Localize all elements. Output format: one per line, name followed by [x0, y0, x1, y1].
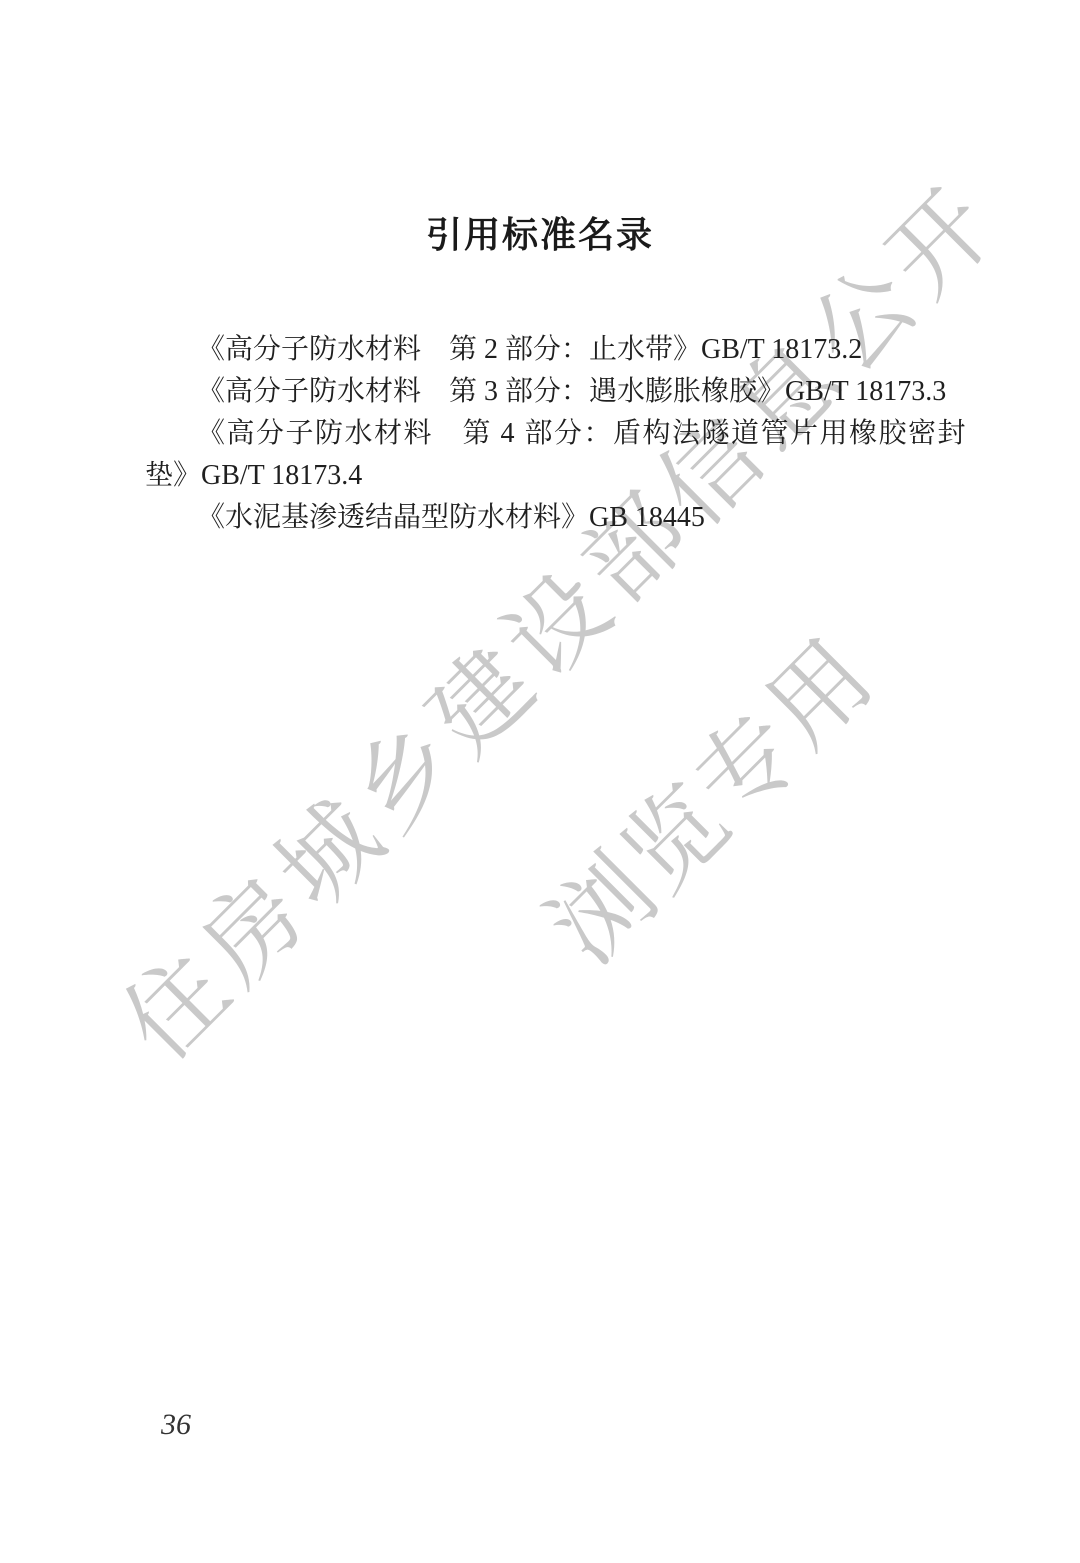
page-title: 引用标准名录	[0, 212, 1080, 258]
document-page: 住房城乡建设部信息公开 浏览专用 引用标准名录 《高分子防水材料 第 2 部分：…	[0, 0, 1080, 1563]
reference-line-2: 《高分子防水材料 第 3 部分：遇水膨胀橡胶》GB/T 18173.3	[145, 371, 957, 413]
watermark-line-1: 住房城乡建设部信息公开	[86, 146, 1026, 1086]
reference-line-1: 《高分子防水材料 第 2 部分：止水带》GB/T 18173.2	[145, 329, 957, 371]
references-list: 《高分子防水材料 第 2 部分：止水带》GB/T 18173.2 《高分子防水材…	[145, 329, 957, 539]
reference-line-4: 垫》GB/T 18173.4	[145, 455, 957, 497]
reference-line-3: 《高分子防水材料 第 4 部分：盾构法隧道管片用橡胶密封	[145, 413, 957, 455]
reference-line-5: 《水泥基渗透结晶型防水材料》GB 18445	[145, 497, 957, 539]
page-number: 36	[161, 1408, 191, 1442]
